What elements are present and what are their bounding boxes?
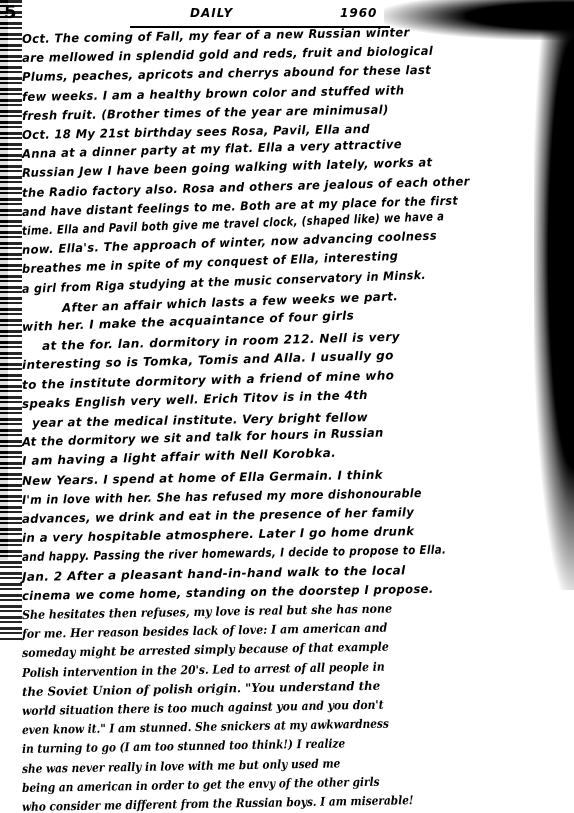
text-line: are mellowed in splendid gold and reds, … [22, 44, 433, 65]
text-line: the Soviet Union of polish origin. "You … [22, 679, 380, 699]
text-line: in turning to go (I am too stunned too t… [22, 737, 345, 757]
header-title: DAILY [190, 6, 233, 20]
diary-page: 5 DAILY 1960 Oct. The coming of Fall, my… [0, 0, 574, 813]
text-line: I'm in love with her. She has refused my… [22, 486, 422, 507]
text-line: Jan. 2 After a pleasant hand-in-hand wal… [22, 563, 406, 584]
text-line: She hesitates then refuses, my love is r… [22, 602, 392, 622]
photocopy-noise-left [0, 0, 22, 640]
header-date: 1960 [340, 6, 377, 20]
text-line: Plums, peaches, apricots and cherrys abo… [22, 63, 431, 84]
text-line: and happy. Passing the river homewards, … [22, 543, 446, 564]
text-line: being an american in order to get the en… [22, 775, 380, 795]
photocopy-shadow-right [534, 30, 574, 590]
text-line: few weeks. I am a healthy brown color an… [22, 83, 405, 104]
text-line: fresh fruit. (Brother times of the year … [22, 102, 389, 122]
text-line: who consider me different from the Russi… [22, 793, 414, 813]
text-line: someday might be arrested simply because… [22, 640, 389, 660]
text-line: in a very hospitable atmosphere. Later I… [22, 524, 415, 545]
text-line: Oct. The coming of Fall, my fear of a ne… [22, 25, 410, 46]
text-line: New Years. I spend at home of Ella Germa… [22, 467, 383, 487]
text-line: I am having a light affair with Nell Kor… [22, 446, 336, 468]
text-line: cinema we come home, standing on the doo… [22, 582, 434, 603]
text-line: for me. Her reason besides lack of love:… [22, 621, 388, 641]
text-line: she was never really in love with me but… [22, 756, 341, 776]
text-line: Polish intervention in the 20's. Led to … [22, 659, 385, 679]
text-line: world situation there is too much agains… [22, 698, 384, 718]
text-line: advances, we drink and eat in the presen… [22, 505, 414, 526]
text-line: speaks English very well. Erich Titov is… [22, 388, 368, 411]
page-number: 5 [4, 2, 17, 23]
photocopy-shadow-top-right [384, 0, 574, 40]
text-line: even know it." I am stunned. She snicker… [22, 717, 389, 737]
diary-header: DAILY 1960 [130, 6, 390, 28]
